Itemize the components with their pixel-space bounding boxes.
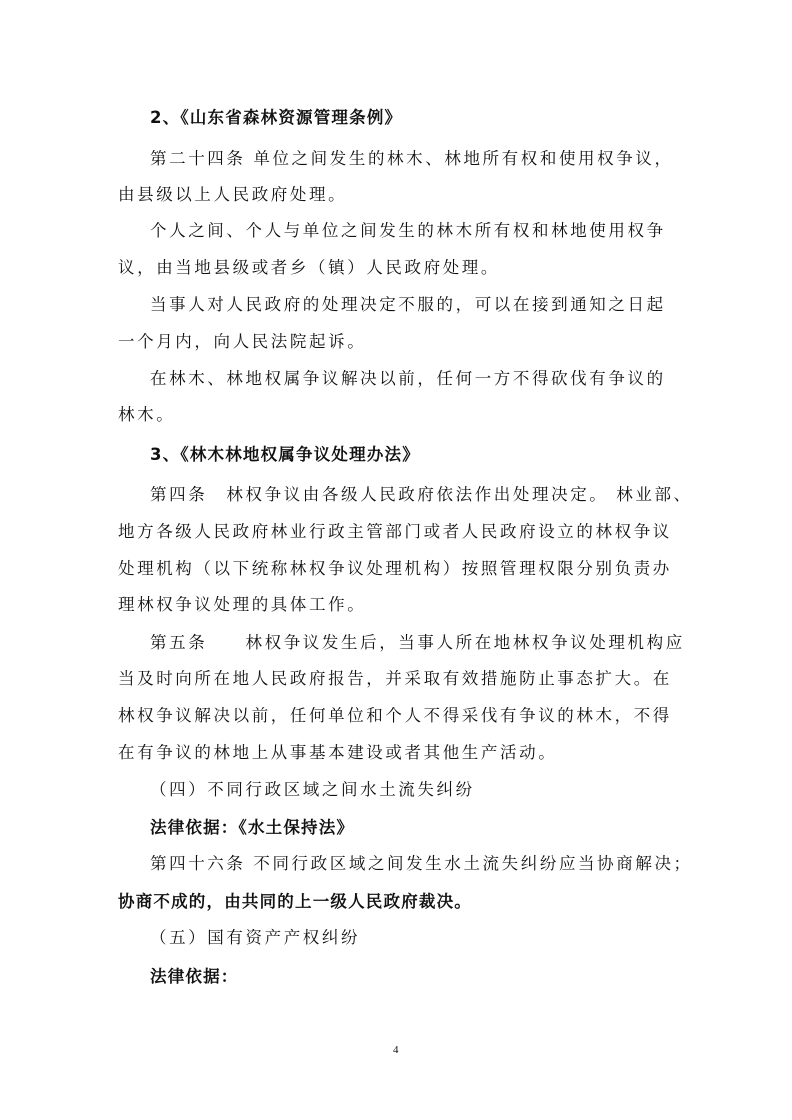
paragraph-line: 第二十四条 单位之间发生的林木、林地所有权和使用权争议， [150,148,674,170]
document-page: 2、《山东省森林资源管理条例》 第二十四条 单位之间发生的林木、林地所有权和使用… [0,0,792,1120]
subsection-heading-state-assets: （五）国有资产产权纠纷 [150,927,360,949]
paragraph-line: 当事人对人民政府的处理决定不服的，可以在接到通知之日起 [150,294,666,316]
paragraph-line: 个人之间、个人与单位之间发生的林木所有权和林地使用权争 [150,220,666,242]
paragraph-line: 处理机构（以下统称林权争议处理机构）按照管理权限分别负责办 [118,558,672,580]
paragraph-line: 第四十六条 不同行政区域之间发生水土流失纠纷应当协商解决； [150,853,693,875]
legal-basis-label: 法律依据：《水土保持法》 [150,817,354,839]
paragraph-line: 地方各级人民政府林业行政主管部门或者人民政府设立的林权争议 [118,521,672,543]
paragraph-line: 当及时向所在地人民政府报告，并采取有效措施防止事态扩大。在 [118,668,672,690]
page-number: 4 [393,1044,399,1056]
paragraph-line: 林木。 [118,404,175,426]
paragraph-line: 在有争议的林地上从事基本建设或者其他生产活动。 [118,742,557,764]
section-heading-shandong-forest-regulation: 2、《山东省森林资源管理条例》 [150,107,402,129]
paragraph-line: 议，由当地县级或者乡（镇）人民政府处理。 [118,257,500,279]
legal-basis-label: 法律依据： [150,966,239,988]
paragraph-line: 林权争议解决以前，任何单位和个人不得采伐有争议的林木，不得 [118,705,672,727]
paragraph-line: 第五条 林权争议发生后，当事人所在地林权争议处理机构应 [150,632,685,654]
paragraph-line: 由县级以上人民政府处理。 [118,184,347,206]
paragraph-line: 在林木、林地权属争议解决以前，任何一方不得砍伐有争议的 [150,368,666,390]
section-heading-forest-dispute-measures: 3、《林木林地权属争议处理办法》 [150,444,420,466]
paragraph-line: 一个月内，向人民法院起诉。 [118,331,366,353]
subsection-heading-soil-erosion: （四）不同行政区域之间水土流失纠纷 [150,779,475,801]
paragraph-line-bold: 协商不成的，由共同的上一级人民政府裁决。 [118,891,472,913]
paragraph-line: 第四条 林权争议由各级人民政府依法作出处理决定。 林业部、 [150,484,693,506]
paragraph-line: 理林权争议处理的具体工作。 [118,594,366,616]
